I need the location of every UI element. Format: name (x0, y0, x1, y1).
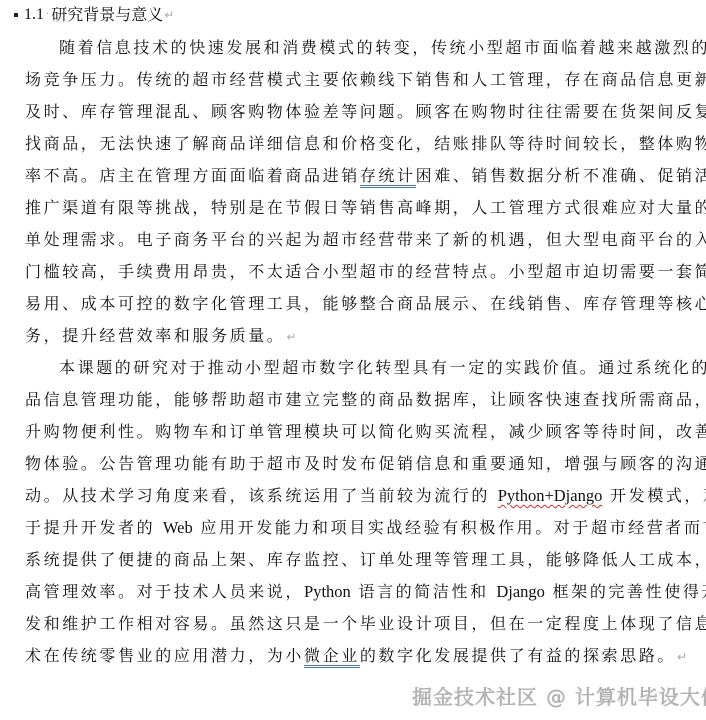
grammar-flagged-text[interactable]: 存统计 (360, 166, 416, 188)
text-line: 于提升开发者的 Web 应用开发能力和项目实战经验有积极作用。对于超市经营者而言… (25, 516, 680, 540)
text-line: 找商品，无法快速了解商品详细信息和价格变化，结账排队等待时间较长，整体购物效 (25, 132, 680, 156)
text-line: 随着信息技术的快速发展和消费模式的转变，传统小型超市面临着越来越激烈的市 (59, 36, 680, 60)
text-line: 发和维护工作相对容易。虽然这只是一个毕业设计项目，但在一定程度上体现了信息技 (25, 612, 680, 636)
text-line: 本课题的研究对于推动小型超市数字化转型具有一定的实践价值。通过系统化的商 (59, 356, 680, 380)
latin-term: Python (304, 582, 351, 601)
text-line: 场竞争压力。传统的超市经营模式主要依赖线下销售和人工管理，存在商品信息更新不 (25, 68, 680, 92)
latin-term: Web (163, 518, 193, 537)
text-line: 门槛较高，手续费用昂贵，不太适合小型超市的经营特点。小型超市迫切需要一套简单 (25, 260, 680, 284)
text-segment: 困难、销售数据分析不准确、促销活动 (416, 166, 706, 185)
text-line: 单处理需求。电子商务平台的兴起为超市经营带来了新的机遇，但大型电商平台的入驻 (25, 228, 680, 252)
latin-term: Django (496, 582, 545, 601)
text-segment: 于提升开发者的 (25, 518, 163, 537)
text-segment: 动。从技术学习角度来看，该系统运用了当前较为流行的 (25, 486, 498, 505)
document-page: 1.1 · 研究背景与意义 ↵ 随着信息技术的快速发展和消费模式的转变，传统小型… (0, 0, 706, 720)
text-line: 及时、库存管理混乱、顾客购物体验差等问题。顾客在购物时往往需要在货架间反复寻 (25, 100, 680, 124)
text-segment: 务，提升经营效率和服务质量。 (25, 326, 285, 345)
text-line: 高管理效率。对于技术人员来说，Python 语言的简洁性和 Django 框架的… (25, 580, 680, 604)
grammar-flagged-text[interactable]: 微企业 (304, 646, 360, 668)
paragraph-mark-icon: ↵ (286, 330, 299, 344)
heading-title: 研究背景与意义 (51, 2, 163, 28)
text-line: 易用、成本可控的数字化管理工具，能够整合商品展示、在线销售、库存管理等核心业 (25, 292, 680, 316)
text-line: 升购物便利性。购物车和订单管理模块可以简化购买流程，减少顾客等待时间，改善购 (25, 420, 680, 444)
text-line: 务，提升经营效率和服务质量。↵ (25, 324, 680, 348)
spellcheck-flagged-text[interactable]: Python+Django (498, 486, 603, 505)
text-line: 术在传统零售业的应用潜力，为小微企业的数字化发展提供了有益的探索思路。↵ (25, 644, 680, 668)
space-mark-icon: · (46, 2, 49, 28)
text-segment: 术在传统零售业的应用潜力，为小 (25, 646, 304, 665)
text-segment: 的数字化发展提供了有益的探索思路。 (360, 646, 676, 665)
heading-bullet-icon (14, 13, 18, 17)
text-line: 推广渠道有限等挑战，特别是在节假日等销售高峰期，人工管理方式很难应对大量的订 (25, 196, 680, 220)
watermark: 掘金技术社区 @ 计算机毕设大佬 (412, 681, 706, 710)
text-segment: 应用开发能力和项目实战经验有积极作用。对于超市经营者而言， (193, 518, 706, 537)
text-line: 系统提供了便捷的商品上架、库存监控、订单处理等管理工具，能够降低人工成本，提 (25, 548, 680, 572)
text-line: 物体验。公告管理功能有助于超市及时发布促销信息和重要通知，增强与顾客的沟通互 (25, 452, 680, 476)
text-segment: 高管理效率。对于技术人员来说， (25, 582, 304, 601)
text-segment: 语言的简洁性和 (351, 582, 497, 601)
heading-number: 1.1 (24, 2, 44, 28)
text-line: 品信息管理功能，能够帮助超市建立完整的商品数据库，让顾客快速查找所需商品，提 (25, 388, 680, 412)
text-segment: 框架的完善性使得开 (545, 582, 706, 601)
paragraph-mark-icon: ↵ (677, 650, 690, 664)
text-line: 动。从技术学习角度来看，该系统运用了当前较为流行的 Python+Django … (25, 484, 680, 508)
section-heading[interactable]: 1.1 · 研究背景与意义 ↵ (14, 2, 174, 28)
text-line: 率不高。店主在管理方面面临着商品进销存统计困难、销售数据分析不准确、促销活动 (25, 164, 680, 188)
text-segment: 开发模式，对 (602, 486, 706, 505)
paragraph-mark-icon: ↵ (164, 2, 174, 28)
text-segment: 率不高。店主在管理方面面临着商品进销 (25, 166, 360, 185)
